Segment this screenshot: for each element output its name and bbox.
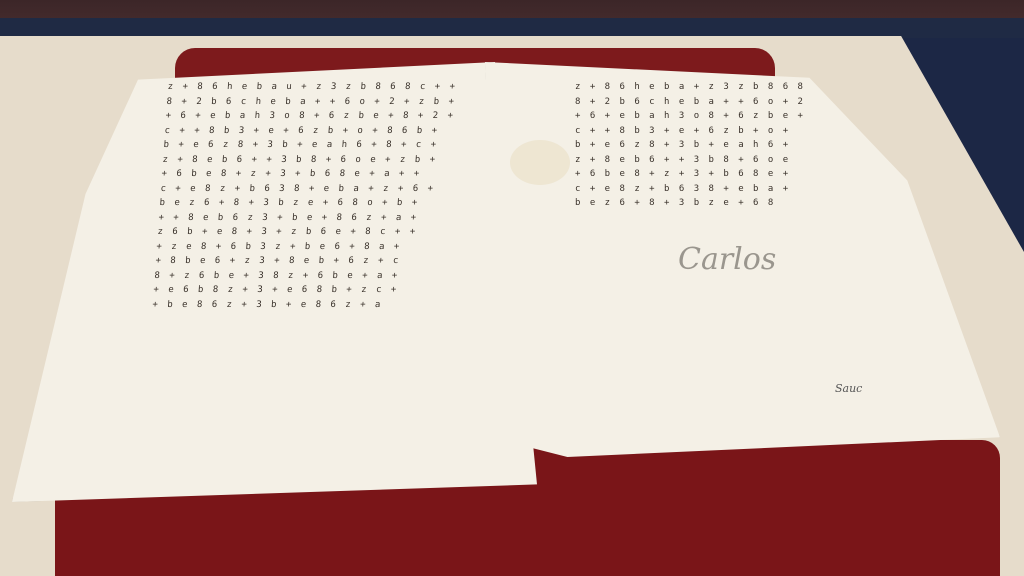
seal-mark bbox=[510, 140, 570, 185]
royal-signature: Carlos bbox=[678, 242, 776, 277]
cipher-text-left: z + 8 6 h e b a u + z 3 z b 8 6 8 c + + … bbox=[152, 80, 508, 312]
wall-band bbox=[0, 18, 1024, 38]
cipher-text-right: z + 8 6 h e b a + z 3 z b 8 6 8 8 + 2 b … bbox=[575, 80, 855, 211]
countersignature: Sauc bbox=[835, 382, 862, 395]
